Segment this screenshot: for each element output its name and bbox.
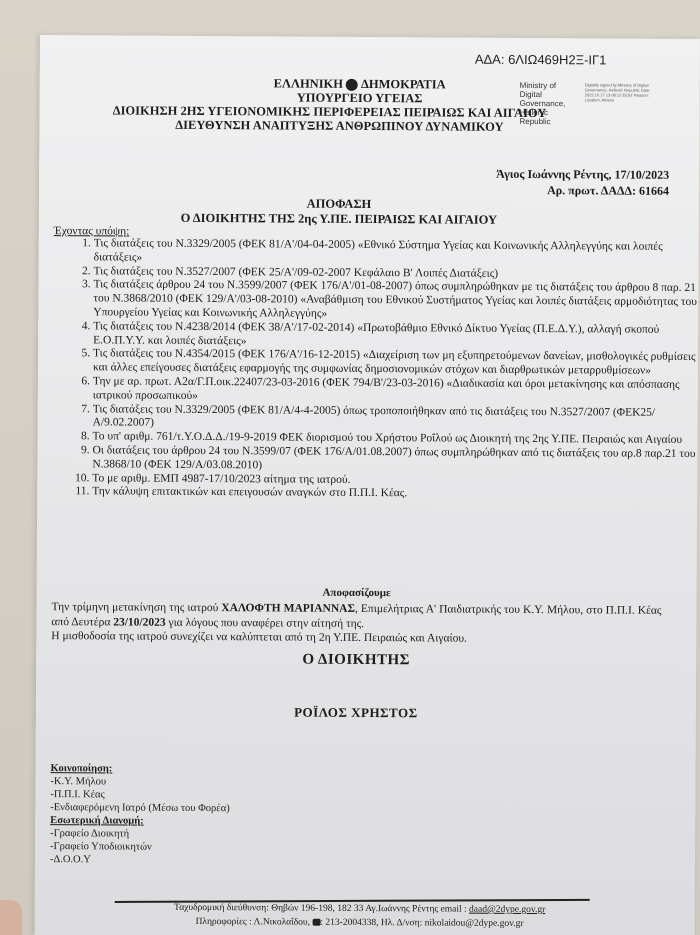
consideration-item: Τις διατάξεις του Ν.3329/2005 (ΦΕΚ 81/Α'… [94, 237, 700, 268]
consideration-item: Την με αρ. πρωτ. Α2α/Γ.Π.οικ.22407/23-03… [93, 375, 700, 406]
digital-signature-issuer: Ministry of Digital Governance, Hellenic… [519, 81, 579, 126]
header-republic-left: ΕΛΛΗΝΙΚΗ [274, 76, 343, 90]
phone-icon [312, 919, 320, 926]
notification-item: -Κ.Υ. Μήλου [50, 775, 230, 789]
footer-info: Πληροφορίες : Λ.Νικολαΐδου, : 213-200433… [80, 915, 640, 930]
consideration-item: Τις διατάξεις του Ν.4354/2015 (ΦΕΚ 176/Α… [93, 348, 700, 379]
place-date-block: Άγιος Ιωάννης Ρέντης, 17/10/2023 Αρ. πρω… [496, 166, 669, 199]
internal-item: -Δ.Ο.Ο.Υ [50, 853, 230, 867]
footer-address: Ταχυδρομική διεύθυνση: Θηβών 196-198, 18… [80, 901, 640, 916]
internal-item: -Γραφείο Διοικητή [50, 827, 230, 841]
considering-label: Έχοντας υπόψη: [54, 225, 130, 237]
consideration-item: Οι διατάξεις του άρθρου 24 του Ν.3599/07… [92, 444, 700, 475]
protocol-number: Αρ. πρωτ. ΔΑΔΔ: 61664 [496, 182, 669, 199]
considerations-list: Τις διατάξεις του Ν.3329/2005 (ΦΕΚ 81/Α'… [52, 237, 700, 503]
consideration-item: Τις διατάξεις του Ν.3329/2005 (ΦΕΚ 81/Α/… [93, 403, 700, 434]
ada-code: ΑΔΑ: 6ΛΙΩ469Η2Ξ-ΙΓ1 [475, 52, 607, 68]
decision-text: Την τρίμηνη μετακίνηση της ιατρού ΧΑΛΟΦΤ… [51, 600, 661, 647]
digital-signature-details: Digitally signed by Ministry of Digital … [585, 82, 655, 102]
coat-of-arms-icon [346, 79, 358, 91]
internal-label: Εσωτερική Διανομή: [50, 814, 230, 828]
decide-label: Αποφασίζουμε [37, 585, 677, 601]
signatory-title: Ο ΔΙΟΙΚΗΤΗΣ [36, 650, 676, 671]
start-date: 23/10/2023 [113, 616, 165, 628]
notification-item: -Π.Π.Ι. Κέας [50, 788, 230, 802]
document-page: ΑΔΑ: 6ΛΙΩ469Η2Ξ-ΙΓ1 ΕΛΛΗΝΙΚΗΔΗΜΟΚΡΑΤΙΑ Υ… [35, 35, 700, 935]
notification-label: Κοινοποίηση: [50, 762, 230, 776]
consideration-item: Τις διατάξεις άρθρου 24 του Ν.3599/2007 … [93, 279, 700, 324]
footer-email-link[interactable]: daad@2dype.gov.gr [469, 905, 545, 915]
signatory-name: ΡΟΪΛΟΣ ΧΡΗΣΤΟΣ [36, 703, 676, 723]
notification-item: -Ενδιαφερόμενη Ιατρό (Μέσω του Φορέα) [50, 801, 230, 815]
consideration-item: Την κάλυψη επιτακτικών και επειγουσών αν… [92, 486, 700, 504]
thumb [0, 900, 22, 935]
internal-item: -Γραφείο Υποδιοικητών [50, 840, 230, 854]
doctor-name: ΧΑΛΟΦΤΗ ΜΑΡΙΑΝΝΑΣ [221, 602, 355, 615]
payroll-note: Η μισθοδοσία της ιατρού συνεχίζει να καλ… [51, 630, 467, 645]
consideration-item: Τις διατάξεις του Ν.4238/2014 (ΦΕΚ 38/Α'… [93, 320, 700, 351]
header-republic-right: ΔΗΜΟΚΡΑΤΙΑ [361, 77, 446, 92]
distribution-block: Κοινοποίηση: -Κ.Υ. Μήλου -Π.Π.Ι. Κέας -Ε… [50, 762, 230, 867]
place-date: Άγιος Ιωάννης Ρέντης, 17/10/2023 [496, 166, 669, 183]
